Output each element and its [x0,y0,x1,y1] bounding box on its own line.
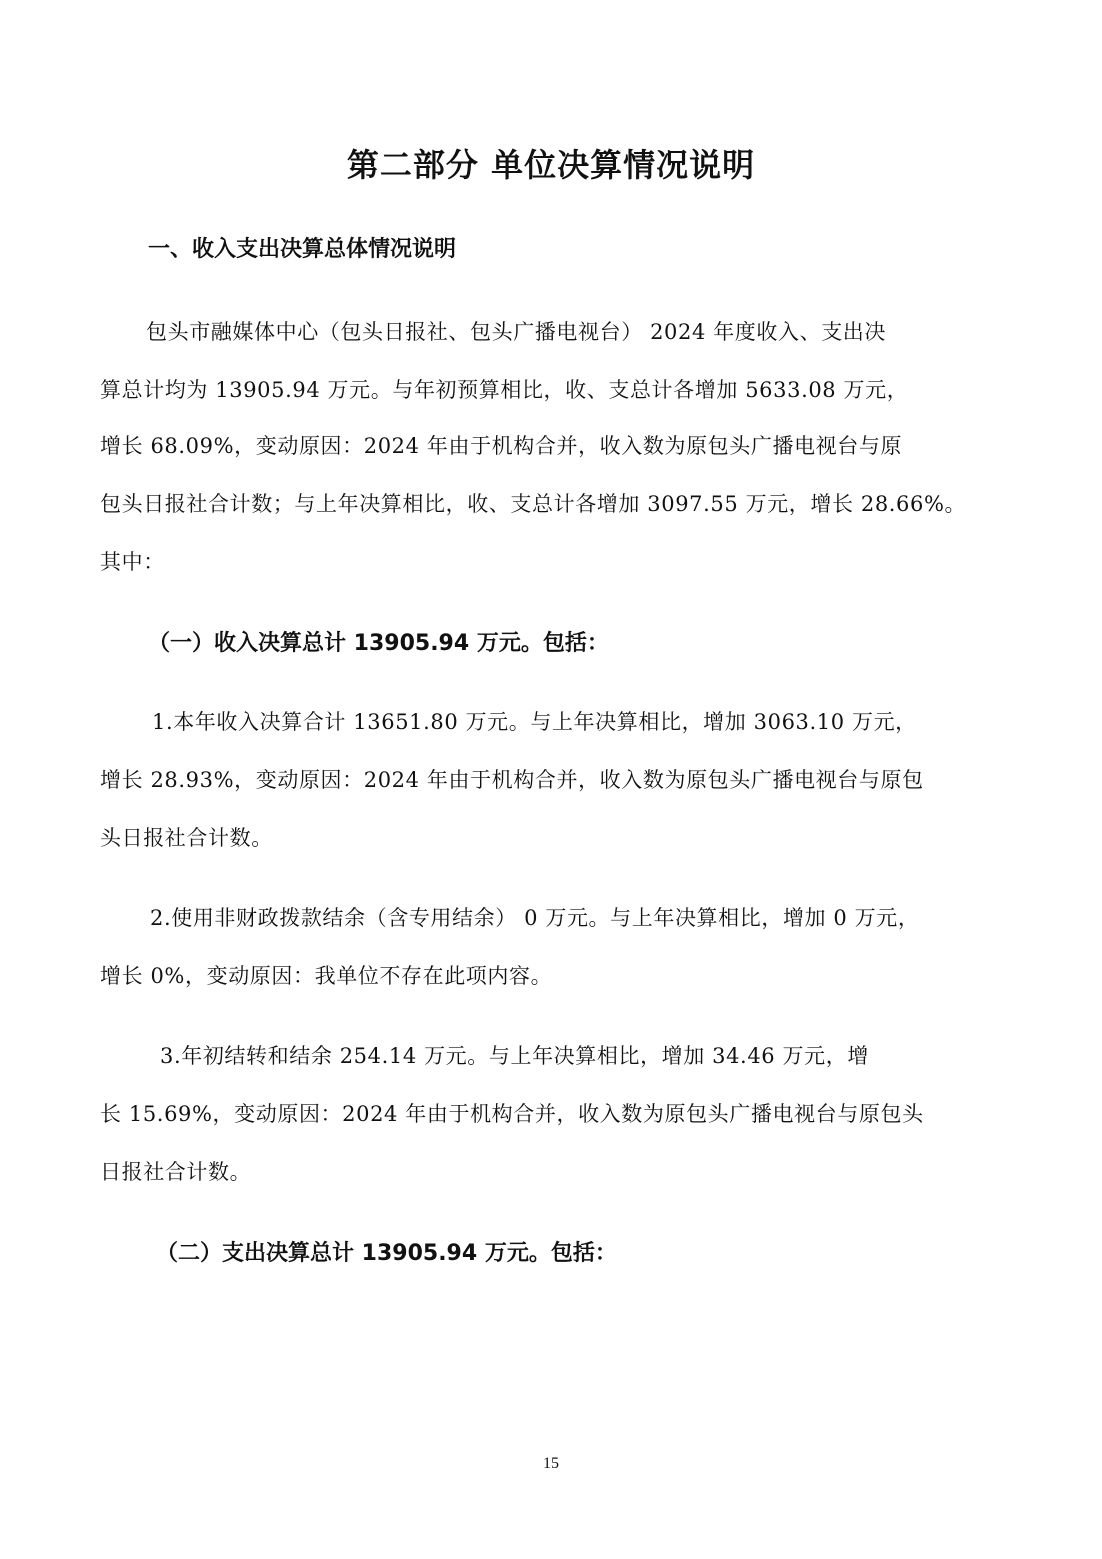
paragraph-line: 算总计均为 13905.94 万元。与年初预算相比，收、支总计各增加 5633.… [100,374,908,404]
paragraph-line: 其中： [100,546,165,576]
income-item-line: 日报社合计数。 [100,1156,251,1186]
income-item-line: 增长 0%，变动原因：我单位不存在此项内容。 [100,960,552,990]
paragraph-line: 包头日报社合计数；与上年决算相比，收、支总计各增加 3097.55 万元，增长 … [100,488,966,518]
income-heading: （一）收入决算总计 13905.94 万元。包括： [148,626,609,657]
income-item-line: 长 15.69%，变动原因：2024 年由于机构合并，收入数为原包头广播电视台与… [100,1098,924,1128]
income-item-line: 3.年初结转和结余 254.14 万元。与上年决算相比，增加 34.46 万元，… [160,1040,869,1070]
document-page: 第二部分 单位决算情况说明 一、收入支出决算总体情况说明 包头市融媒体中心（包头… [0,0,1102,1559]
income-item-line: 2.使用非财政拨款结余（含专用结余） 0 万元。与上年决算相比，增加 0 万元， [150,902,919,932]
income-item-line: 头日报社合计数。 [100,822,273,852]
section-heading-overview: 一、收入支出决算总体情况说明 [148,232,456,263]
paragraph-line: 包头市融媒体中心（包头日报社、包头广播电视台） 2024 年度收入、支出决 [146,316,886,346]
paragraph-line: 增长 68.09%，变动原因：2024 年由于机构合并，收入数为原包头广播电视台… [100,430,902,460]
income-item-line: 1.本年收入决算合计 13651.80 万元。与上年决算相比，增加 3063.1… [152,706,917,736]
page-title: 第二部分 单位决算情况说明 [0,140,1102,186]
page-number: 15 [0,1455,1102,1473]
income-item-line: 增长 28.93%，变动原因：2024 年由于机构合并，收入数为原包头广播电视台… [100,764,924,794]
expenditure-heading: （二）支出决算总计 13905.94 万元。包括： [156,1236,617,1267]
